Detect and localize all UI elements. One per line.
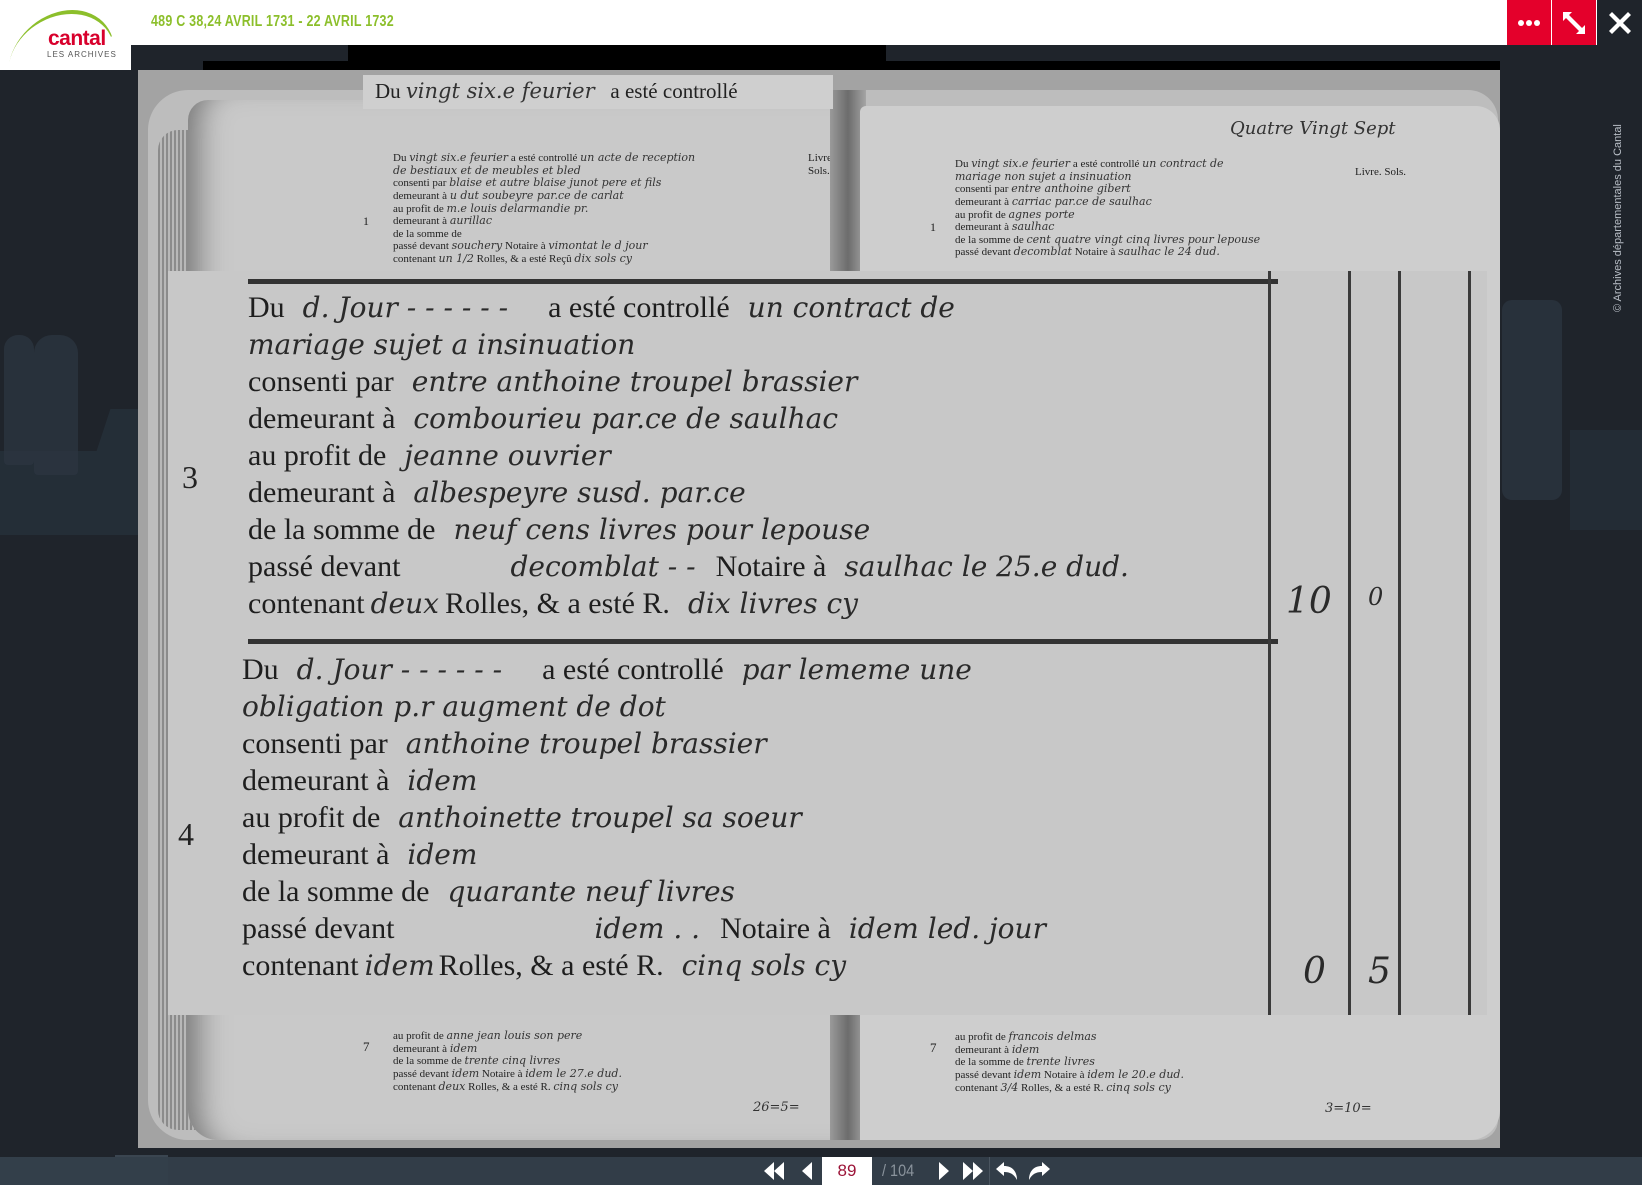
left-page-bottom-entry: au profit de anne jean louis son pere de… (393, 1030, 833, 1093)
prev-page-icon (801, 1162, 813, 1180)
background-statue-illustration (1502, 300, 1562, 500)
rotate-left-icon (995, 1161, 1019, 1181)
document-title: 489 C 38,24 AVRIL 1731 - 22 AVRIL 1732 (151, 13, 394, 31)
viewer-app: 489 C 38,24 AVRIL 1731 - 22 AVRIL 1732 c… (0, 0, 1642, 1185)
footer-left-panel (0, 1157, 168, 1185)
top-header: 489 C 38,24 AVRIL 1731 - 22 AVRIL 1732 (0, 0, 1642, 45)
first-page-icon (763, 1162, 785, 1180)
expand-arrows-icon (1560, 9, 1588, 37)
rotate-right-icon (1027, 1161, 1051, 1181)
amount-sols: 5 (1368, 951, 1391, 992)
close-button[interactable] (1597, 0, 1642, 45)
entry-divider (248, 639, 1278, 644)
left-page-entry: Du vingt six.e feurier a esté controllé … (393, 152, 833, 266)
document-image-viewer[interactable]: Du vingt six.e feurier a esté controllé … (138, 70, 1500, 1148)
column-rule (1398, 271, 1401, 1015)
entry-number: 1 (930, 221, 936, 235)
amount-livre: 0 (1303, 951, 1326, 992)
column-rule (1348, 271, 1351, 1015)
magnified-entry: Dud. Jour - - - - - -a esté controlléun … (248, 291, 1129, 624)
column-rule (1268, 271, 1271, 1015)
logo-subtitle: LES ARCHIVES (47, 50, 117, 59)
fullscreen-button[interactable] (1552, 0, 1596, 45)
right-page-entry: Du vingt six.e feurier a esté controllé … (955, 158, 1395, 259)
background-figure-illustration (4, 335, 34, 465)
entry-number: 4 (178, 816, 194, 853)
background-figure-illustration (34, 335, 78, 475)
more-options-button[interactable] (1507, 0, 1551, 45)
entry-number: 7 (930, 1041, 937, 1056)
toolbar-divider (989, 1157, 990, 1185)
entry-divider (248, 279, 1278, 284)
entry-number: 1 (363, 215, 369, 229)
page-heading-handwritten: Quatre Vingt Sept (1230, 118, 1396, 139)
magnifier-loupe[interactable]: 3 Dud. Jour - - - - - -a esté controlléu… (168, 271, 1487, 1015)
background-engraving-illustration (1570, 430, 1642, 530)
first-page-button[interactable] (760, 1157, 788, 1185)
entry-number: 7 (363, 1040, 370, 1055)
magnified-entry: Dud. Jour - - - - - -a esté controllépar… (242, 653, 1046, 986)
amount-livre: 10 (1286, 581, 1332, 622)
page-total: / 104 (882, 1161, 914, 1181)
right-page-bottom-entry: au profit de francois delmas demeurant à… (955, 1031, 1395, 1094)
page-total-note: 26=5= (753, 1100, 800, 1115)
page-number-input[interactable] (822, 1157, 872, 1185)
scan-image: Du vingt six.e feurier a esté controllé … (138, 70, 1500, 1148)
column-headers: Livre. Sols. (1355, 166, 1406, 179)
rotate-right-button[interactable] (1025, 1157, 1053, 1185)
column-rule (1468, 271, 1471, 1015)
ellipsis-icon (1517, 19, 1541, 27)
last-page-button[interactable] (960, 1157, 986, 1185)
copyright-credit: © Archives départementales du Cantal (1612, 82, 1626, 312)
pagination-bar: / 104 (0, 1157, 1642, 1185)
amount-sols: 0 (1368, 583, 1383, 611)
magnified-strip: Du vingt six.e feurier a esté controllé (363, 75, 833, 109)
next-page-icon (938, 1162, 950, 1180)
black-band (203, 61, 1500, 70)
next-page-button[interactable] (935, 1157, 953, 1185)
page-total-note: 3=10= (1325, 1101, 1372, 1116)
rotate-left-button[interactable] (993, 1157, 1021, 1185)
close-icon (1608, 11, 1632, 35)
last-page-icon (962, 1162, 984, 1180)
cantal-archives-logo[interactable]: cantal LES ARCHIVES (0, 0, 131, 70)
prev-page-button[interactable] (798, 1157, 816, 1185)
logo-wordmark: cantal (48, 27, 106, 51)
entry-number: 3 (182, 459, 198, 496)
